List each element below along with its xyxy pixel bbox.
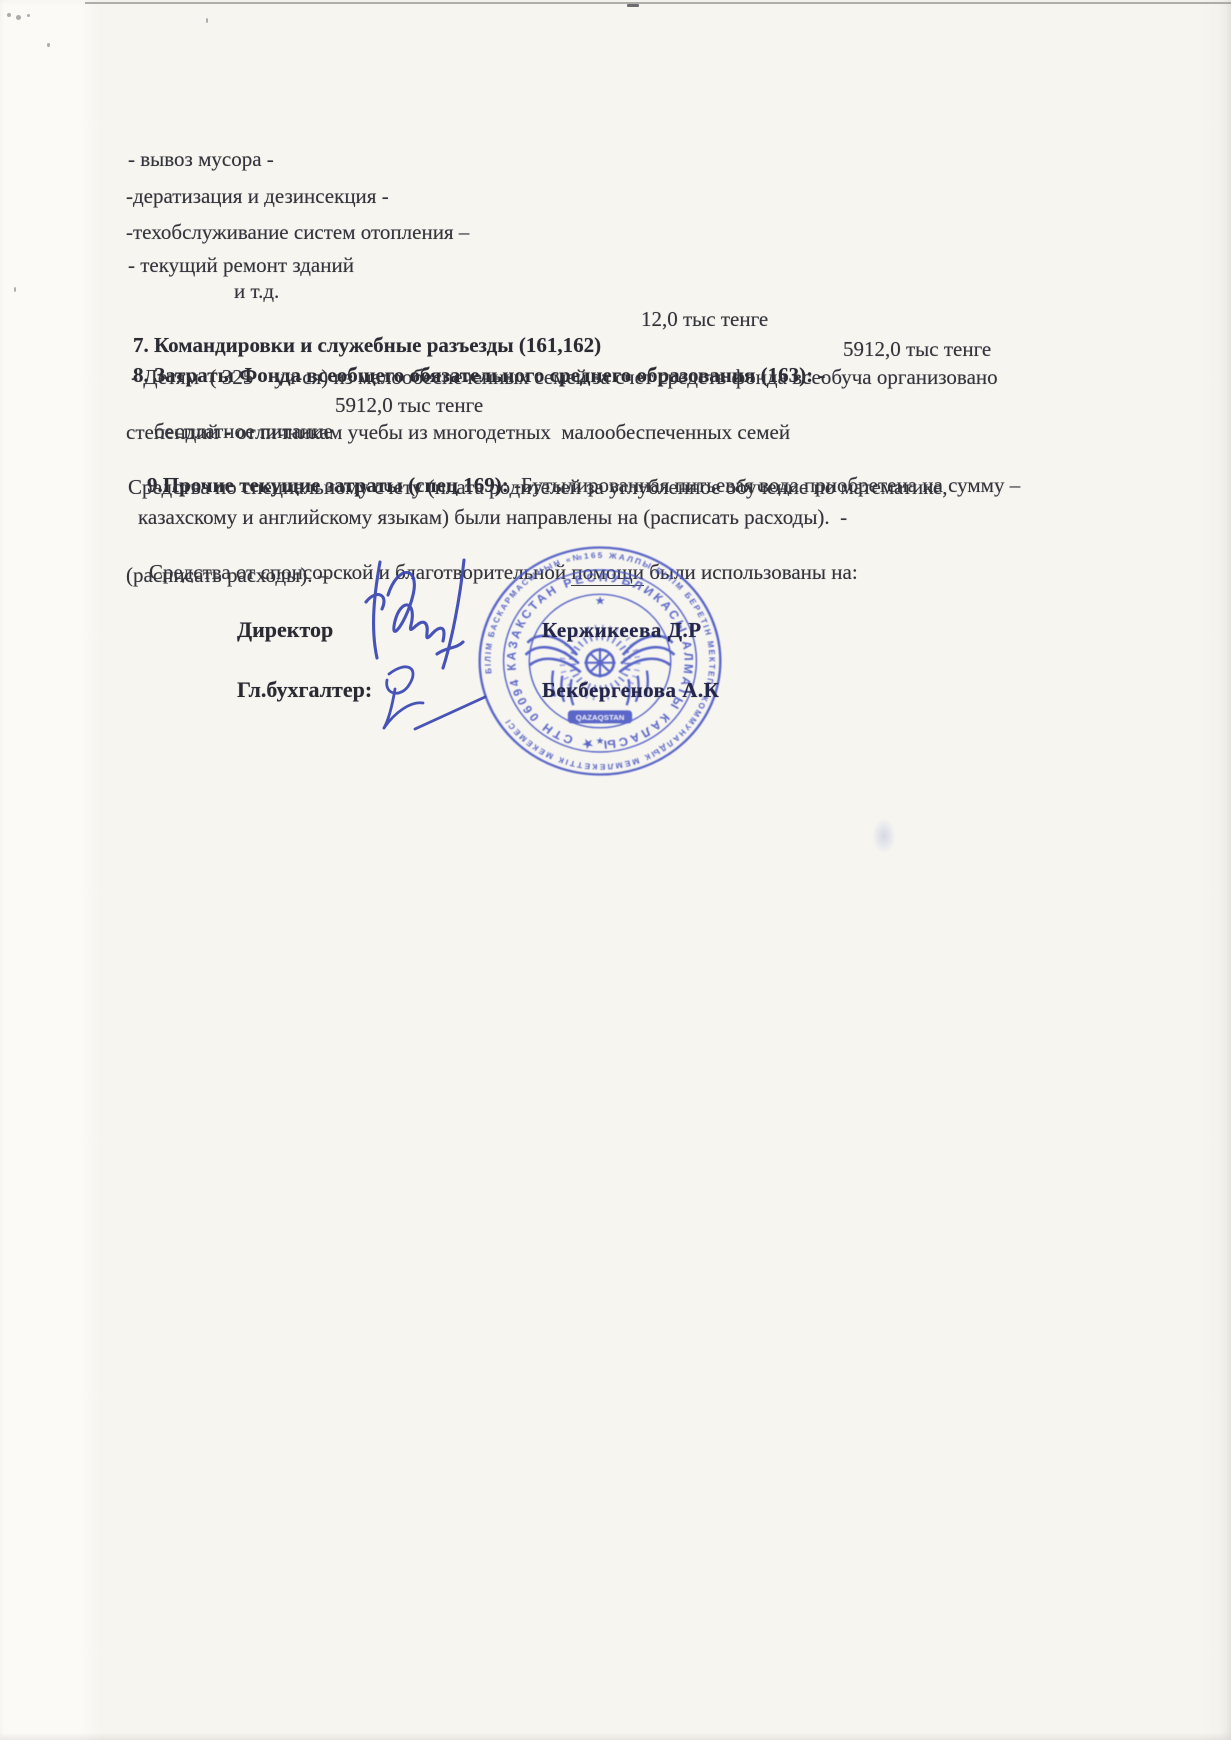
scan-speck — [27, 14, 30, 17]
accountant-name: Бекбергенова А.К — [542, 678, 719, 703]
item8-amount: 5912,0 тыс тенге — [843, 336, 991, 362]
item9-detail-line: (расписать расходы). – — [126, 562, 328, 588]
accountant-signature — [384, 667, 485, 729]
expense-bullet-line: - текущий ремонт зданий — [128, 252, 354, 278]
scan-speck — [14, 287, 16, 292]
seal-bottom-star-icon: ★ — [595, 736, 604, 747]
expense-bullet-line: -техобслуживание систем отопления – — [126, 219, 469, 245]
scan-speck — [7, 13, 11, 17]
scan-speck — [206, 18, 208, 23]
item8-detail-line: - Детям ( 325 уч-ся) из малообеспеченных… — [131, 364, 998, 390]
scan-edge-line — [85, 2, 1231, 4]
seal-top-star-icon: ★ — [595, 595, 606, 608]
accountant-label: Гл.бухгалтер: — [237, 677, 372, 703]
expense-bullet-line: -дератизация и дезинсекция - — [126, 183, 389, 209]
scan-speck — [16, 15, 21, 20]
item7-amount: 12,0 тыс тенге — [641, 306, 768, 332]
expense-bullet-line: - вывоз мусора - — [128, 146, 274, 172]
director-name: Кержикеева Д.Р — [542, 618, 702, 643]
item8-detail-line: степендий - отличникам учебы из многодет… — [126, 419, 790, 445]
free-meals-amount: 5912,0 тыс тенге — [335, 392, 483, 418]
scanned-document-page: - вывоз мусора - -дератизация и дезинсек… — [0, 0, 1231, 1740]
director-signature — [366, 560, 464, 668]
director-label: Директор — [237, 617, 333, 643]
scan-speck — [47, 43, 50, 47]
item9-detail-line: казахскому и английскому языкам) были на… — [138, 504, 847, 530]
ink-smudge — [872, 818, 896, 854]
item9-detail-line: Средства по специальному счету (плата ро… — [128, 474, 947, 500]
scan-dash-artifact — [627, 4, 639, 7]
official-seal: БІЛІМ БАСКАРМАСЫНЫН «№165 ЖАЛПЫ БІЛІМ БЕ… — [476, 544, 724, 778]
etc-line: и т.д. — [234, 278, 279, 304]
handwritten-signatures — [358, 548, 498, 743]
seal-banner-text: QAZAQSTAN — [576, 713, 625, 722]
